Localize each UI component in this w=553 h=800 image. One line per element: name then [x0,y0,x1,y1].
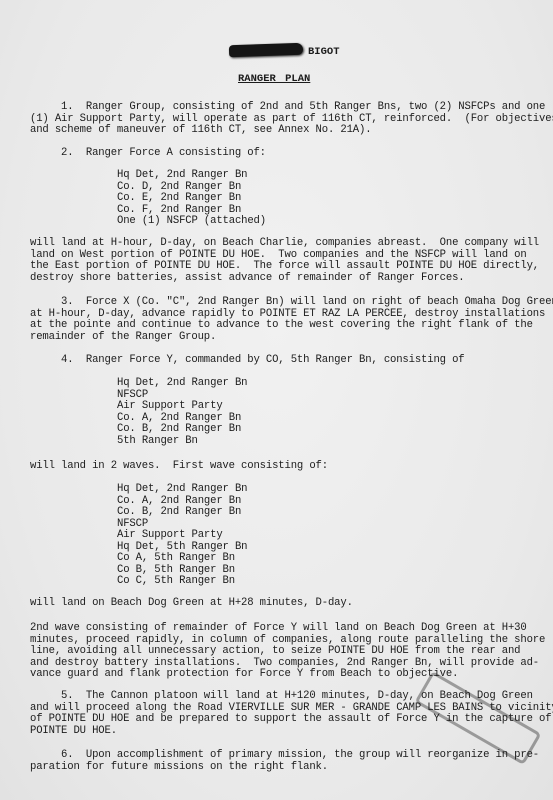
paragraph-3-line: at the pointe and continue to advance to… [30,320,533,332]
paragraph-2-line: destroy shore batteries, assist advance … [30,273,465,285]
document-page: BIGOT RANGER PLAN 1. Ranger Group, consi… [0,0,553,800]
first-wave-landing: will land on Beach Dog Green at H+28 min… [30,598,353,610]
paragraph-3-line: 3. Force X (Co. "C", 2nd Ranger Bn) will… [30,297,553,309]
redaction-mark [229,43,303,58]
paragraph-6-line: paration for future missions on the righ… [30,762,328,774]
first-wave-unit: Air Support Party [117,530,223,542]
paragraph-2-line: will land at H-hour, D-day, on Beach Cha… [30,238,539,250]
paragraph-6-line: 6. Upon accomplishment of primary missio… [30,750,539,762]
paragraph-3-line: remainder of the Ranger Group. [30,332,216,344]
paragraph-4-intro: 4. Ranger Force Y, commanded by CO, 5th … [30,355,465,367]
paragraph-1-line: 1. Ranger Group, consisting of 2nd and 5… [30,102,545,114]
first-wave-unit: Hq Det, 2nd Ranger Bn [117,484,247,496]
first-wave-unit: Co. B, 2nd Ranger Bn [117,507,241,519]
force-a-unit: Co. E, 2nd Ranger Bn [117,193,241,205]
first-wave-unit: Co C, 5th Ranger Bn [117,576,235,588]
document-title: RANGER PLAN [238,73,310,85]
second-wave-line: vance guard and flank protection for For… [30,669,458,681]
force-a-unit: One (1) NSFCP (attached) [117,216,266,228]
second-wave-line: 2nd wave consisting of remainder of Forc… [30,623,527,635]
waves-intro: will land in 2 waves. First wave consist… [30,461,328,473]
force-y-unit: Co. B, 2nd Ranger Bn [117,424,241,436]
force-a-unit: Hq Det, 2nd Ranger Bn [117,170,247,182]
second-wave-line: line, avoiding all unnecessary action, t… [30,646,520,658]
force-y-unit: Hq Det, 2nd Ranger Bn [117,378,247,390]
first-wave-unit: Co A, 5th Ranger Bn [117,553,235,565]
force-y-unit: Air Support Party [117,401,223,413]
paragraph-5-line: POINTE DU HOE. [30,726,117,738]
classification-label: BIGOT [308,46,340,58]
paragraph-2-intro: 2. Ranger Force A consisting of: [30,148,266,160]
paragraph-2-line: the East portion of POINTE DU HOE. The f… [30,261,539,273]
force-y-unit: 5th Ranger Bn [117,436,198,448]
paragraph-1-line: and scheme of maneuver of 116th CT, see … [30,125,371,137]
